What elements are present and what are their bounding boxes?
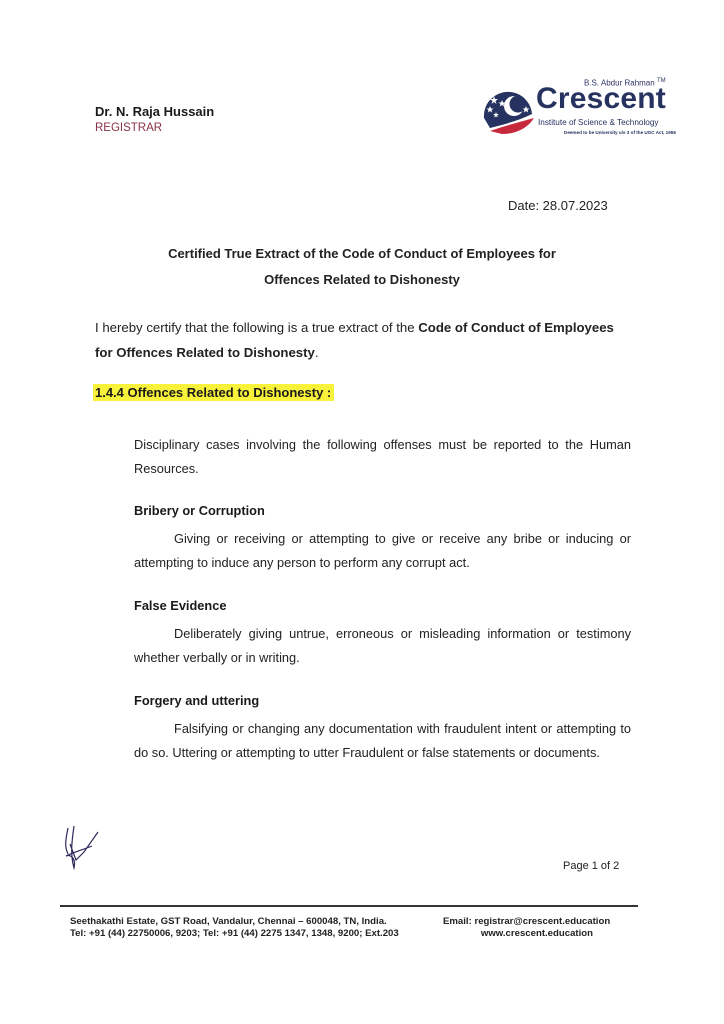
section-intro: Disciplinary cases involving the followi… <box>134 433 631 481</box>
page-indicator: Page 1 of 2 <box>563 860 619 872</box>
offence-body-forgery: Falsifying or changing any documentation… <box>134 717 631 765</box>
logo-deemed-text: Deemed to be University u/s 3 of the UGC… <box>564 130 676 135</box>
handwritten-signature-icon <box>62 824 102 874</box>
logo-subtitle: Institute of Science & Technology <box>538 118 658 127</box>
signatory-name: Dr. N. Raja Hussain <box>95 104 214 119</box>
offence-heading-forgery: Forgery and uttering <box>134 693 259 708</box>
document-title-line2: Offences Related to Dishonesty <box>0 272 724 287</box>
offence-heading-false-evidence: False Evidence <box>134 598 226 613</box>
crescent-moon-stars-icon <box>480 84 536 140</box>
signatory-role: REGISTRAR <box>95 122 162 134</box>
footer-address: Seethakathi Estate, GST Road, Vandalur, … <box>70 916 399 940</box>
offence-body-text: Giving or receiving or attempting to giv… <box>134 531 631 570</box>
footer-address-line2: Tel: +91 (44) 22750006, 9203; Tel: +91 (… <box>70 928 399 940</box>
footer-address-line1: Seethakathi Estate, GST Road, Vandalur, … <box>70 916 399 928</box>
logo-brand: Crescent <box>536 82 666 116</box>
document-date: Date: 28.07.2023 <box>508 198 608 213</box>
offence-body-text: Deliberately giving untrue, erroneous or… <box>134 626 631 665</box>
offence-body-bribery: Giving or receiving or attempting to giv… <box>134 527 631 575</box>
offence-body-false-evidence: Deliberately giving untrue, erroneous or… <box>134 622 631 670</box>
certification-text: I hereby certify that the following is a… <box>95 320 418 335</box>
certification-end: . <box>315 345 319 360</box>
section-heading-highlighted: 1.4.4 Offences Related to Dishonesty : <box>93 384 334 401</box>
offence-heading-bribery: Bribery or Corruption <box>134 503 265 518</box>
offence-body-text: Falsifying or changing any documentation… <box>134 721 631 760</box>
certification-paragraph: I hereby certify that the following is a… <box>95 315 635 365</box>
document-title-line1: Certified True Extract of the Code of Co… <box>0 246 724 261</box>
institution-logo: B.S. Abdur Rahman TM Crescent Institute … <box>480 78 690 148</box>
footer-email[interactable]: Email: registrar@crescent.education <box>443 916 593 928</box>
footer-contact: Email: registrar@crescent.education www.… <box>443 916 593 940</box>
footer-website[interactable]: www.crescent.education <box>443 928 593 940</box>
footer-divider <box>60 905 638 907</box>
